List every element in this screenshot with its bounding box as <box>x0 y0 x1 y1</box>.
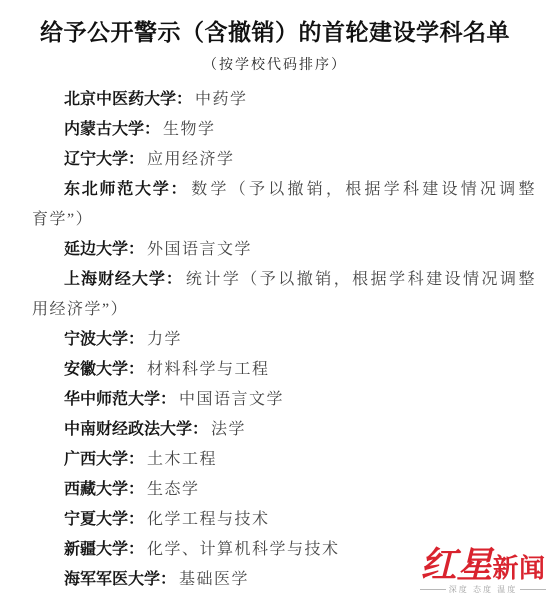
university-name: 宁夏大学： <box>64 511 144 528</box>
university-name: 内蒙古大学： <box>64 121 160 138</box>
university-name: 上海财经大学： <box>64 271 183 288</box>
page-title: 给予公开警示（含撤销）的首轮建设学科名单 <box>8 14 542 47</box>
university-name: 宁波大学： <box>64 331 144 348</box>
university-name: 广西大学： <box>64 451 144 468</box>
logo-brand-text: 新闻 <box>493 555 546 581</box>
discipline-name: 力学 <box>144 331 182 348</box>
university-name: 中南财经政法大学： <box>64 421 208 438</box>
list-item: 安徽大学：材料科学与工程 <box>32 355 536 385</box>
list-item: 西藏大学：生态学 <box>32 475 536 505</box>
list-item: 内蒙古大学：生物学 <box>32 115 536 145</box>
list-item: 上海财经大学：统计学（予以撤销，根据学科建设情况调整为“应 <box>32 265 536 295</box>
list-item-continuation: 用经济学”） <box>32 295 536 325</box>
red-star-news-logo: 红星新闻 深度 态度 温度 <box>420 549 546 595</box>
list-item: 东北师范大学：数学（予以撤销，根据学科建设情况调整为“教 <box>32 175 536 205</box>
discipline-name: 中国语言文学 <box>176 391 284 408</box>
list-item: 北京中医药大学：中药学 <box>32 85 536 115</box>
discipline-name: 生物学 <box>160 121 216 138</box>
list-item: 辽宁大学：应用经济学 <box>32 145 536 175</box>
list-item: 广西大学：土木工程 <box>32 445 536 475</box>
university-name: 海军军医大学： <box>64 571 176 588</box>
logo-script-text: 红星 <box>420 549 492 581</box>
university-name: 安徽大学： <box>64 361 144 378</box>
university-name: 北京中医药大学： <box>64 91 192 108</box>
university-name: 华中师范大学： <box>64 391 176 408</box>
list-item: 宁夏大学：化学工程与技术 <box>32 505 536 535</box>
list-item: 延边大学：外国语言文学 <box>32 235 536 265</box>
discipline-name: 材料科学与工程 <box>144 361 270 378</box>
discipline-name: 生态学 <box>144 481 200 498</box>
discipline-name: 土木工程 <box>144 451 217 468</box>
logo-tagline: 深度 态度 温度 <box>420 584 546 595</box>
tagline-rule-right <box>520 589 546 590</box>
discipline-list: 北京中医药大学：中药学 内蒙古大学：生物学 辽宁大学：应用经济学 东北师范大学：… <box>0 85 550 595</box>
university-name: 西藏大学： <box>64 481 144 498</box>
university-name: 辽宁大学： <box>64 151 144 168</box>
university-name: 新疆大学： <box>64 541 144 558</box>
red-star-news-wordmark: 红星新闻 <box>420 549 546 581</box>
university-name: 延边大学： <box>64 241 144 258</box>
discipline-name: 应用经济学 <box>144 151 235 168</box>
discipline-name: 中药学 <box>192 91 248 108</box>
university-name: 东北师范大学： <box>64 181 188 198</box>
list-item-continuation: 育学”） <box>32 205 536 235</box>
tagline-rule-left <box>420 589 446 590</box>
list-item: 中南财经政法大学：法学 <box>32 415 536 445</box>
discipline-name: 法学 <box>208 421 246 438</box>
discipline-name: 化学工程与技术 <box>144 511 270 528</box>
discipline-name: 化学、计算机科学与技术 <box>144 541 340 558</box>
list-item: 华中师范大学：中国语言文学 <box>32 385 536 415</box>
discipline-name: 基础医学 <box>176 571 249 588</box>
page-subtitle: （按学校代码排序） <box>0 54 550 74</box>
list-item: 宁波大学：力学 <box>32 325 536 355</box>
tagline-text: 深度 态度 温度 <box>449 584 517 595</box>
discipline-name: 外国语言文学 <box>144 241 252 258</box>
